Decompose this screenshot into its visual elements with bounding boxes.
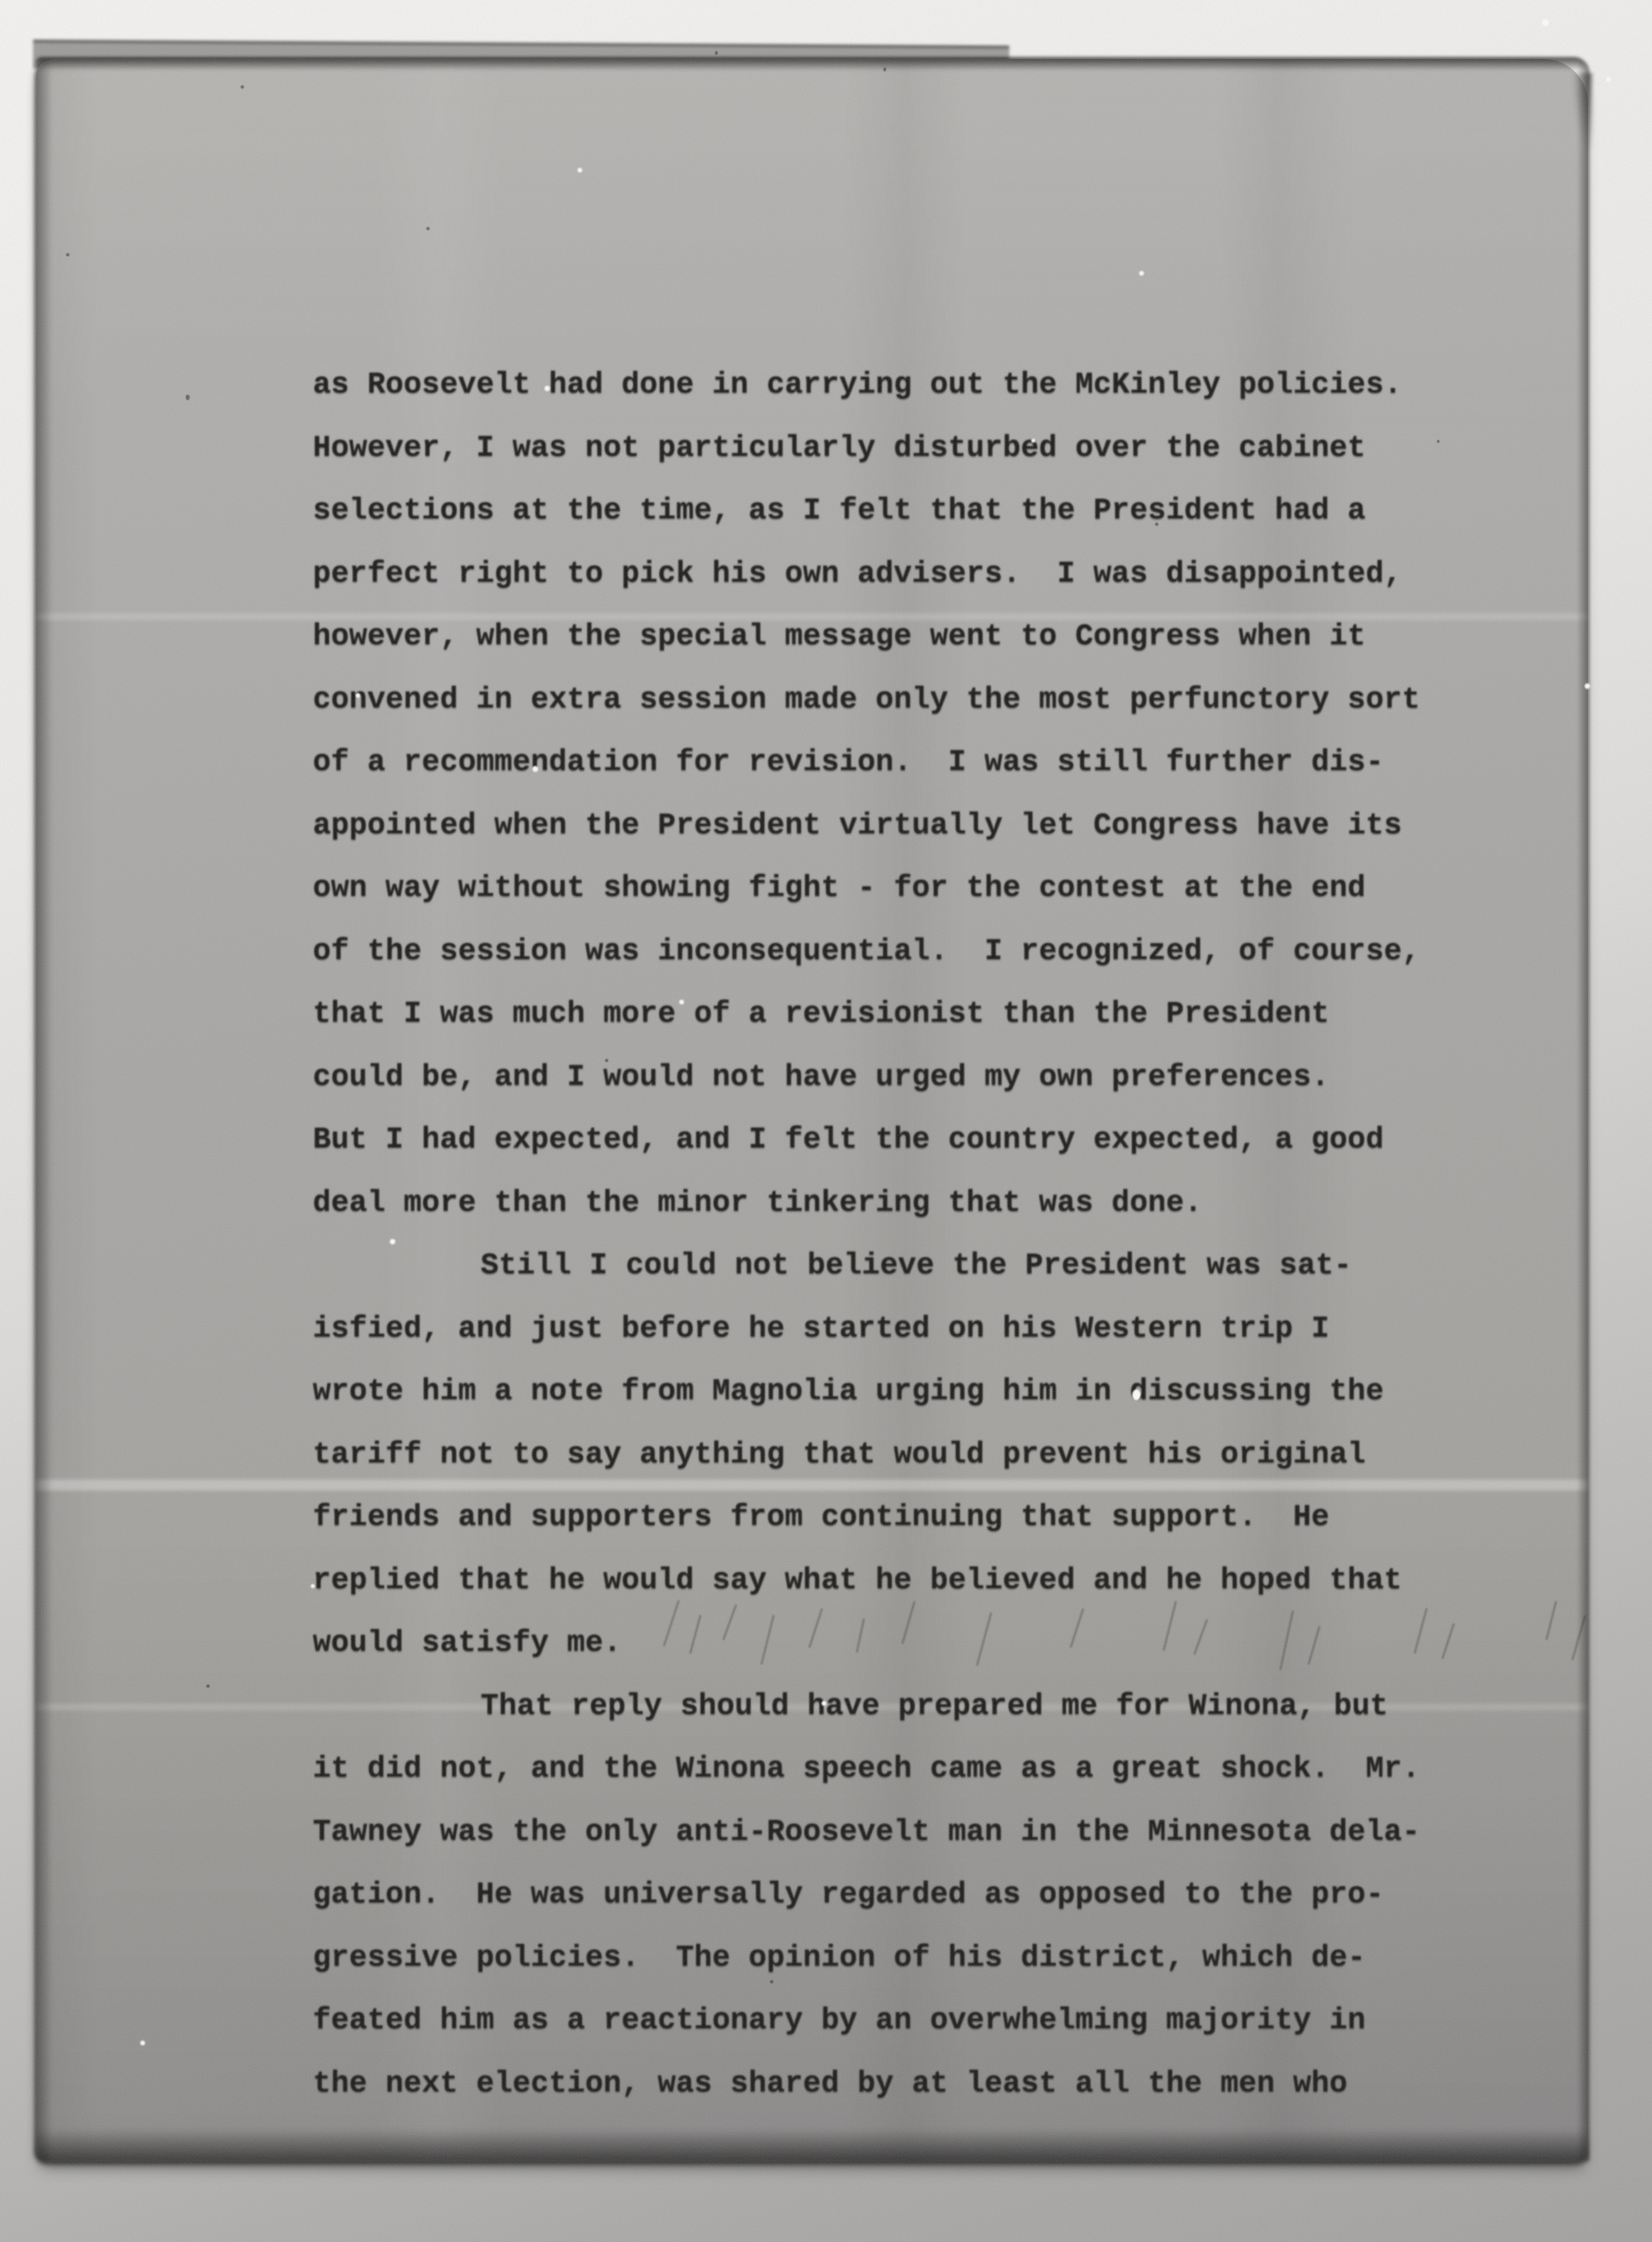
page-corner-shadow	[1544, 73, 1592, 300]
text-line: deal more than the minor tinkering that …	[313, 1172, 1482, 1235]
text-line: That reply should have prepared me for W…	[313, 1675, 1482, 1739]
text-line: feated him as a reactionary by an overwh…	[313, 1990, 1482, 2053]
text-line: selections at the time, as I felt that t…	[313, 480, 1482, 543]
page-left-edge	[34, 59, 52, 2162]
text-line: friends and supporters from continuing t…	[313, 1486, 1482, 1550]
text-line: wrote him a note from Magnolia urging hi…	[313, 1361, 1482, 1424]
text-line: own way without showing fight - for the …	[313, 857, 1482, 921]
page-top-edge	[36, 57, 1588, 71]
text-line: appointed when the President virtually l…	[313, 795, 1482, 858]
text-line: Still I could not believe the President …	[313, 1235, 1482, 1298]
text-line: that I was much more of a revisionist th…	[313, 983, 1482, 1046]
text-line: But I had expected, and I felt the count…	[313, 1109, 1482, 1172]
text-line: gressive policies. The opinion of his di…	[313, 1927, 1482, 1990]
text-line: gation. He was universally regarded as o…	[313, 1864, 1482, 1927]
photo-background: as Roosevelt had done in carrying out th…	[0, 0, 1652, 2242]
text-line: of the session was inconsequential. I re…	[313, 921, 1482, 984]
text-line: would satisfy me.	[313, 1612, 1482, 1675]
page-right-edge	[1577, 59, 1589, 2162]
text-lines: as Roosevelt had done in carrying out th…	[313, 354, 1482, 2115]
text-line: tariff not to say anything that would pr…	[313, 1424, 1482, 1487]
text-line: convened in extra session made only the …	[313, 669, 1482, 732]
text-line: the next election, was shared by at leas…	[313, 2053, 1482, 2116]
page-bottom-edge	[36, 2129, 1588, 2164]
text-line: however, when the special message went t…	[313, 606, 1482, 669]
text-line: as Roosevelt had done in carrying out th…	[313, 354, 1482, 417]
text-line: of a recommendation for revision. I was …	[313, 732, 1482, 795]
text-line: could be, and I would not have urged my …	[313, 1046, 1482, 1110]
typed-page: as Roosevelt had done in carrying out th…	[36, 59, 1588, 2162]
text-line: However, I was not particularly disturbe…	[313, 417, 1482, 481]
text-line: it did not, and the Winona speech came a…	[313, 1738, 1482, 1801]
text-line: isfied, and just before he started on hi…	[313, 1298, 1482, 1361]
text-line: Tawney was the only anti-Roosevelt man i…	[313, 1801, 1482, 1865]
text-line: replied that he would say what he believ…	[313, 1550, 1482, 1613]
text-line: perfect right to pick his own advisers. …	[313, 543, 1482, 606]
